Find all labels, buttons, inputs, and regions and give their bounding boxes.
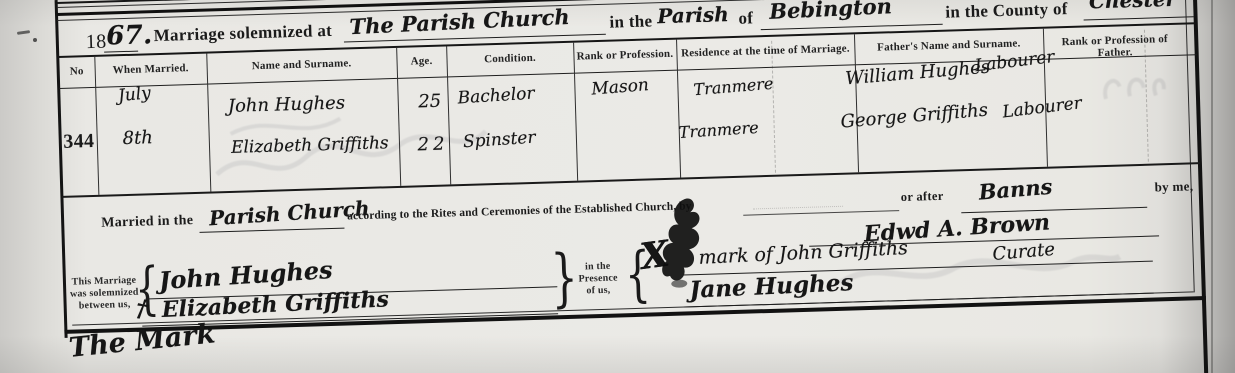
entry-when-day: 8th (106, 127, 169, 150)
bride-father-name: George Griffiths (840, 100, 989, 133)
marriage-certificate: 1867. Marriage solemnized at The Parish … (57, 0, 1208, 373)
border-right-outer (1191, 0, 1208, 373)
caption-county-value: Chester (1089, 0, 1177, 13)
ink-bleed-ghost-1 (210, 96, 493, 199)
or-after-label: or after (901, 189, 944, 205)
col-header-father-rank: Rank or Profession of Father. (1043, 33, 1187, 61)
groom-rank: Mason (591, 75, 650, 100)
by-blank-ghost-line (753, 206, 843, 210)
margin-dash-mark (17, 30, 30, 35)
col-sep-6 (676, 40, 681, 178)
col-sep-5 (573, 43, 578, 181)
caption-parish-value: Parish (657, 2, 729, 28)
caption-place-underline (761, 24, 943, 30)
groom-father-name: William Hughes (845, 57, 991, 90)
border-left (55, 0, 68, 338)
overflow-script: The Mark (68, 318, 217, 363)
col-header-when-married: When Married. (95, 62, 207, 77)
faint-guide-line-1 (771, 41, 776, 173)
by-blank-line (743, 210, 899, 216)
ink-bleed-ghost-2 (834, 244, 1125, 298)
presence-label-line3: of us, (569, 284, 627, 298)
groom-residence: Tranmere (693, 74, 774, 99)
according-text: according to the Rites and Ceremonies of… (347, 200, 692, 222)
presence-label: in the Presence of us, (569, 260, 628, 298)
margin-dot-mark (33, 38, 37, 42)
attestation-label-line3: between us, (70, 299, 140, 313)
married-in-value: Parish Church (208, 196, 370, 230)
scanned-page: { "document": { "year_prefix": "18", "ye… (0, 0, 1235, 373)
col-header-no: No (59, 65, 95, 78)
caption-solemnized-label: Marriage solemnized at (153, 21, 332, 46)
col-header-name-surname: Name and Surname. (206, 56, 396, 74)
attestation-label: This Marriage was solemnized between us, (69, 275, 140, 313)
year-printed: 18 (86, 31, 107, 54)
page-edge-crease (1211, 0, 1213, 373)
groom-signature: John Hughes (158, 255, 333, 295)
col-header-age: Age. (396, 54, 446, 67)
or-after-value: Banns (978, 174, 1054, 205)
bride-father-rank: Labourer (1001, 93, 1083, 122)
by-me-label: by me, (1154, 178, 1193, 195)
caption-place-value: Bebington (769, 0, 893, 24)
ink-bleed-ghost-3 (1099, 69, 1170, 107)
col-sep-7 (854, 34, 859, 172)
married-in-label: Married in the (101, 213, 194, 232)
col-header-condition: Condition. (446, 51, 573, 67)
col-sep-1 (94, 57, 99, 195)
caption-county-underline (1084, 16, 1194, 20)
caption-of: of (738, 8, 753, 28)
entry-number: 344 (61, 130, 96, 154)
col-header-residence: Residence at the time of Marriage. (676, 42, 854, 59)
entry-when-month: July (99, 81, 171, 108)
caption-county-label: in the County of (945, 0, 1068, 23)
caption-in-the: in the (609, 11, 652, 32)
year-handwritten: 67. (106, 20, 153, 51)
col-header-rank-profession: Rank or Profession. (573, 48, 676, 63)
bride-residence: Tranmere (678, 118, 759, 142)
